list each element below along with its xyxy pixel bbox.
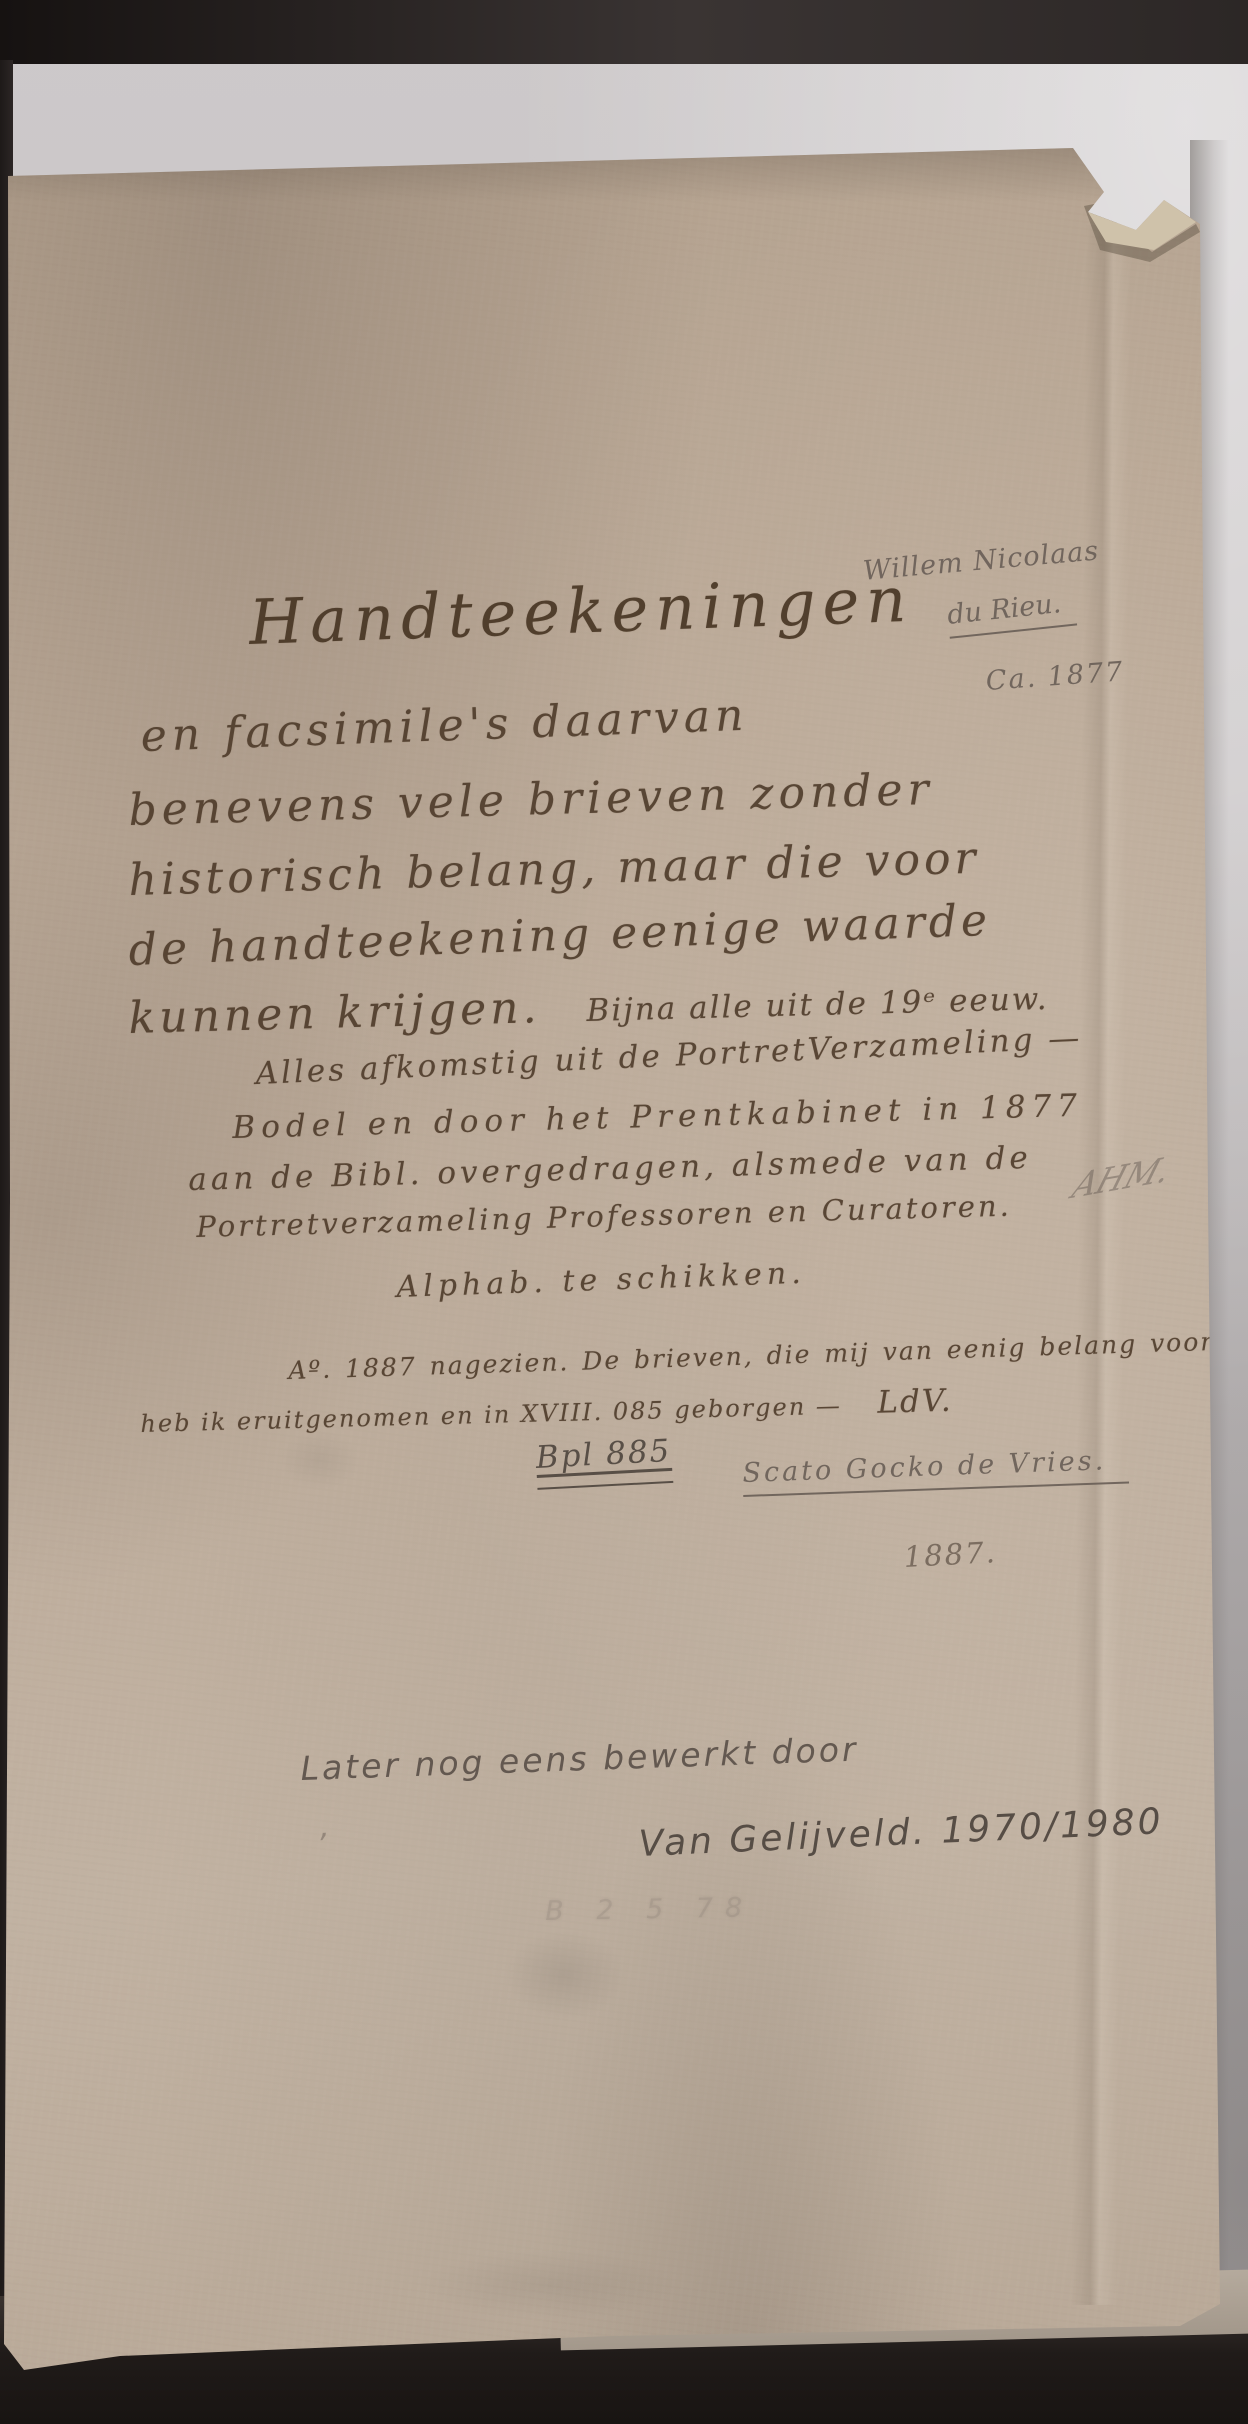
body-line-1: en facsimile's daarvan xyxy=(140,693,749,760)
curator-signature: Scato Gocko de Vries. xyxy=(742,1447,1129,1489)
signature-year: 1887. xyxy=(903,1537,997,1572)
later-note-erased-mark: ’ xyxy=(316,1830,327,1862)
document-photo: Willem Nicolaas du Rieu. Ca. 1877 Handte… xyxy=(0,0,1248,2424)
manuscript-page: Willem Nicolaas du Rieu. Ca. 1877 Handte… xyxy=(0,0,1248,2424)
sorting-instruction: Alphab. te schikken. xyxy=(396,1258,806,1304)
body-line-5a: kunnen krijgen. xyxy=(128,982,541,1044)
dark-border-top xyxy=(0,0,1248,64)
provenance-line-2: Bodel en door het Prentkabinet in 1877 xyxy=(232,1090,1083,1145)
body-line-2: benevens vele brieven zonder xyxy=(128,767,934,834)
shelfmark: Bpl 885 xyxy=(535,1435,672,1475)
corner-note-name-line2: du Rieu. xyxy=(946,589,1076,631)
provenance-line-4: Portretverzameling Professoren en Curato… xyxy=(196,1191,1012,1243)
body-line-4: de handteekening eenige waarde xyxy=(128,898,992,974)
stain xyxy=(420,2250,680,2320)
body-line-5b: Bijna alle uit de 19ᵉ eeuw. xyxy=(586,981,1049,1029)
shelfmark-underlined: Bpl 885 xyxy=(535,1433,673,1490)
curator-signature-underlined: Scato Gocko de Vries. xyxy=(742,1445,1129,1497)
page-title: Handteekeningen xyxy=(248,567,914,655)
underlined-name: du Rieu. xyxy=(946,587,1078,639)
note-1887-line-2: heb ik eruitgenomen en in XVIII. 085 geb… xyxy=(140,1385,953,1439)
note-1887-line-2-text: heb ik eruitgenomen en in XVIII. 085 geb… xyxy=(140,1392,842,1438)
erased-shelfmark-digits: B 2 5 78 xyxy=(545,1894,754,1926)
provenance-line-3: aan de Bibl. overgedragen, alsmede van d… xyxy=(188,1142,1032,1197)
stain xyxy=(505,1930,625,2020)
later-note-line-1: Later nog eens bewerkt door xyxy=(300,1733,859,1787)
note-1887-initials: LdV. xyxy=(877,1383,953,1421)
stain xyxy=(280,1430,360,1490)
body-line-3: historisch belang, maar die voor xyxy=(128,836,980,904)
